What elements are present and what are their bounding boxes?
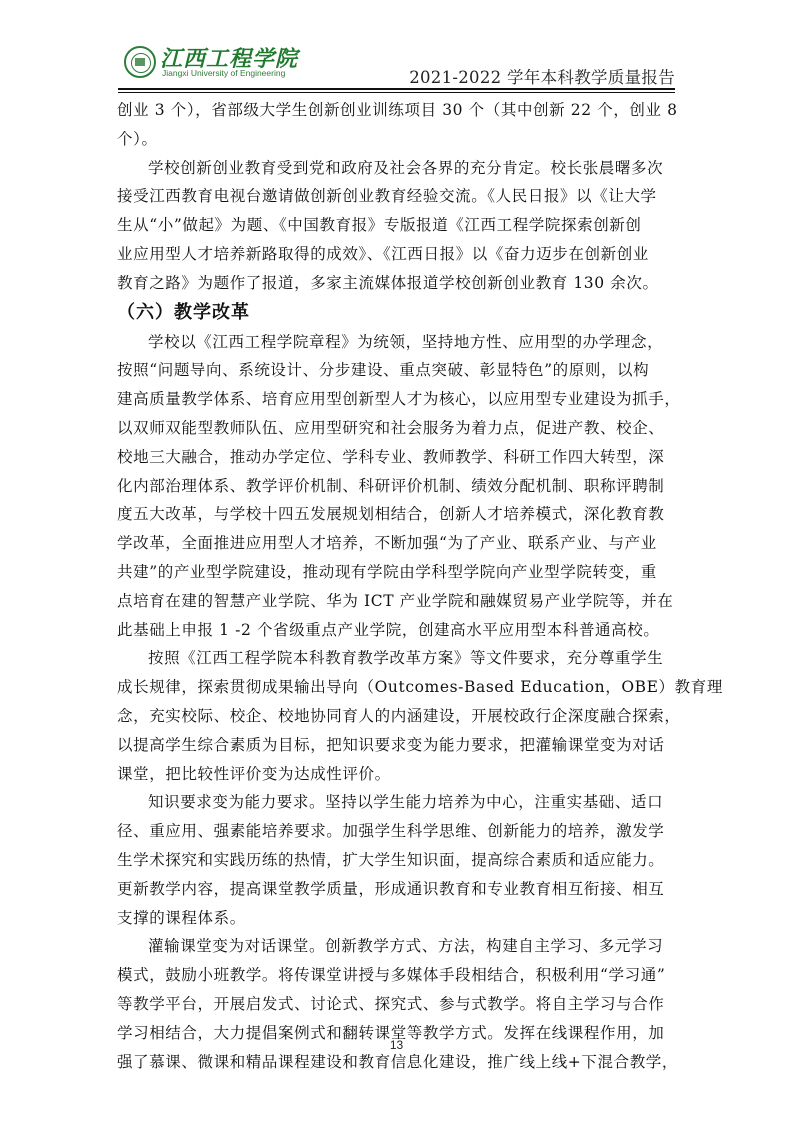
- text-line: 创业 3 个），省部级大学生创新创业训练项目 30 个（其中创新 22 个，创业…: [117, 96, 677, 125]
- paragraph: 学校创新创业教育受到党和政府及社会各界的充分肯定。校长张晨曙多次 接受江西教育电…: [117, 154, 677, 298]
- text-line: 教育之路》为题作了报道，多家主流媒体报道学校创新创业教育 130 余次。: [117, 269, 677, 298]
- paragraph: 学校以《江西工程学院章程》为统领，坚持地方性、应用型的办学理念， 按照“问题导向…: [117, 328, 677, 645]
- report-title: 2021-2022 学年本科教学质量报告: [409, 64, 675, 88]
- paragraph: 按照《江西工程学院本科教育教学改革方案》等文件要求，充分尊重学生 成长规律，探索…: [117, 644, 677, 788]
- section-heading: （六）教学改革: [117, 298, 677, 328]
- text-line: 径、重应用、强素能培养要求。加强学生科学思维、创新能力的培养，激发学: [117, 817, 677, 846]
- text-line: 此基础上申报 1 -2 个省级重点产业学院，创建高水平应用型本科普通高校。: [117, 616, 677, 645]
- document-body: 创业 3 个），省部级大学生创新创业训练项目 30 个（其中创新 22 个，创业…: [117, 96, 677, 1076]
- university-logo: 江西工程学院 Jiangxi University of Engineering: [118, 40, 288, 84]
- text-line: 模式，鼓励小班教学。将传课堂讲授与多媒体手段相结合，积极利用“学习通”: [117, 961, 677, 990]
- header-rule-thin: [118, 92, 675, 93]
- text-line: 等教学平台，开展启发式、讨论式、探究式、参与式教学。将自主学习与合作: [117, 990, 677, 1019]
- text-line: 支撑的课程体系。: [117, 904, 677, 933]
- text-line: 按照“问题导向、系统设计、分步建设、重点突破、彰显特色”的原则，以构: [117, 356, 677, 385]
- text-line: 个）。: [117, 125, 677, 154]
- text-line: 学校以《江西工程学院章程》为统领，坚持地方性、应用型的办学理念，: [117, 328, 677, 357]
- page-header: 江西工程学院 Jiangxi University of Engineering…: [118, 40, 675, 94]
- text-line: 知识要求变为能力要求。坚持以学生能力培养为中心，注重实基础、适口: [117, 788, 677, 817]
- text-line: 校地三大融合，推动办学定位、学科专业、教师教学、科研工作四大转型，深: [117, 443, 677, 472]
- text-line: 按照《江西工程学院本科教育教学改革方案》等文件要求，充分尊重学生: [117, 644, 677, 673]
- page-number: 13: [0, 1038, 793, 1052]
- logo-english-name: Jiangxi University of Engineering: [162, 68, 285, 78]
- paragraph: 灌输课堂变为对话课堂。创新教学方式、方法，构建自主学习、多元学习 模式，鼓励小班…: [117, 932, 677, 1076]
- paragraph: 知识要求变为能力要求。坚持以学生能力培养为中心，注重实基础、适口 径、重应用、强…: [117, 788, 677, 932]
- text-line: 课堂，把比较性评价变为达成性评价。: [117, 760, 677, 789]
- text-line: 接受江西教育电视台邀请做创新创业教育经验交流。《人民日报》以《让大学: [117, 182, 677, 211]
- text-line: 点培育在建的智慧产业学院、华为 ICT 产业学院和融媒贸易产业学院等，并在: [117, 587, 677, 616]
- text-line: 成长规律，探索贯彻成果输出导向（Outcomes-Based Education…: [117, 673, 677, 702]
- text-line: 共建”的产业型学院建设，推动现有学院由学科型学院向产业型学院转变，重: [117, 558, 677, 587]
- text-line: 学改革，全面推进应用型人才培养，不断加强“为了产业、联系产业、与产业: [117, 529, 677, 558]
- text-line: 度五大改革，与学校十四五发展规划相结合，创新人才培养模式，深化教育教: [117, 500, 677, 529]
- text-line: 化内部治理体系、教学评价机制、科研评价机制、绩效分配机制、职称评聘制: [117, 472, 677, 501]
- text-line: 更新教学内容，提高课堂教学质量，形成通识教育和专业教育相互衔接、相互: [117, 875, 677, 904]
- university-seal-icon: [124, 46, 156, 78]
- text-line: 建高质量教学体系、培育应用型创新型人才为核心，以应用型专业建设为抓手，: [117, 385, 677, 414]
- text-line: 以双师双能型教师队伍、应用型研究和社会服务为着力点，促进产教、校企、: [117, 414, 677, 443]
- text-line: 业应用型人才培养新路取得的成效》、《江西日报》以《奋力迈步在创新创业: [117, 240, 677, 269]
- text-line: 生学术探究和实践历练的热情，扩大学生知识面，提高综合素质和适应能力。: [117, 846, 677, 875]
- text-line: 学校创新创业教育受到党和政府及社会各界的充分肯定。校长张晨曙多次: [117, 154, 677, 183]
- header-rule-thick: [118, 88, 675, 90]
- text-line: 念，充实校际、校企、校地协同育人的内涵建设，开展校政行企深度融合探索，: [117, 702, 677, 731]
- text-line: 生从“小”做起》为题、《中国教育报》专版报道《江西工程学院探索创新创: [117, 211, 677, 240]
- paragraph: 创业 3 个），省部级大学生创新创业训练项目 30 个（其中创新 22 个，创业…: [117, 96, 677, 154]
- text-line: 以提高学生综合素质为目标，把知识要求变为能力要求，把灌输课堂变为对话: [117, 731, 677, 760]
- text-line: 灌输课堂变为对话课堂。创新教学方式、方法，构建自主学习、多元学习: [117, 932, 677, 961]
